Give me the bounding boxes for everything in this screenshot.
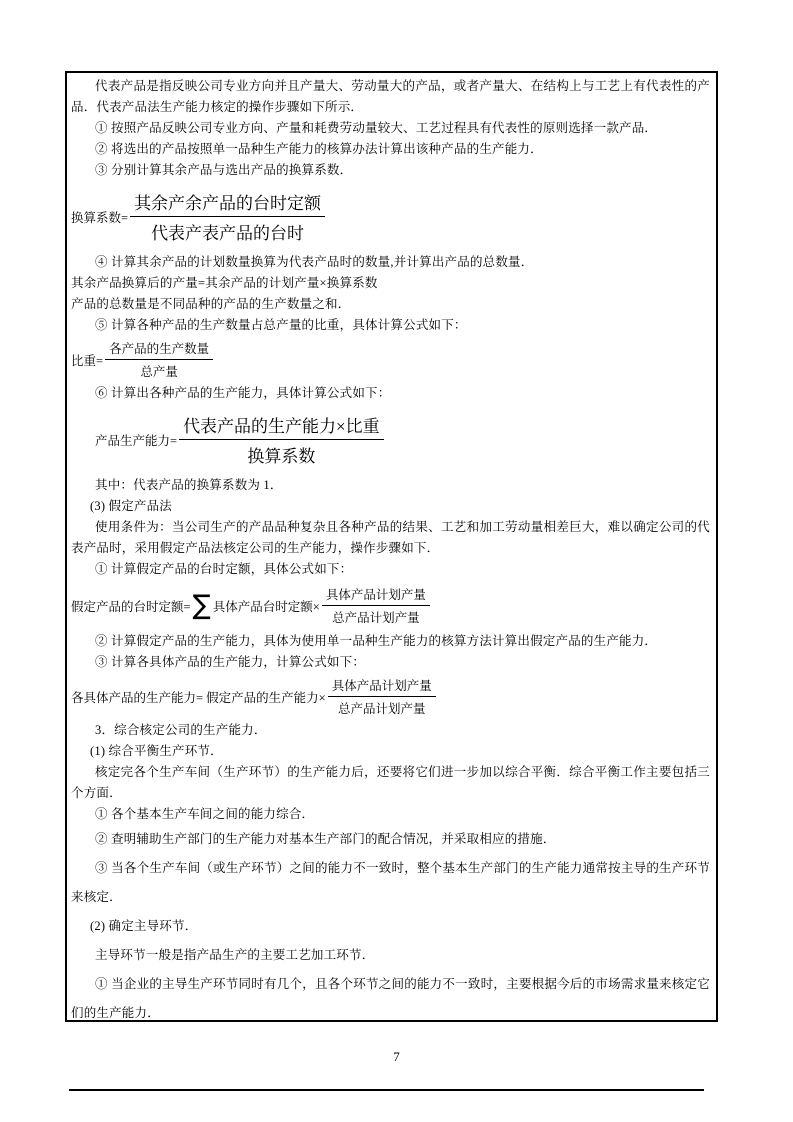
fraction: 各产品的生产数量总产量	[105, 339, 213, 380]
paragraph: ⑥ 计算出各种产品的生产能力，具体计算公式如下：	[71, 383, 710, 404]
paragraph: ① 当企业的主导生产环节同时有几个，且各个环节之间的能力不一致时，主要根据今后的…	[71, 970, 710, 1022]
paragraph: ③ 分别计算其余产品与选出产品的换算系数．	[71, 160, 710, 181]
paragraph: 核定完各个生产车间（生产环节）的生产能力后，还要将它们进一步加以综合平衡．综合平…	[71, 762, 710, 804]
paragraph: ② 计算假定产品的生产能力，具体为使用单一品种生产能力的核算方法计算出假定产品的…	[71, 631, 710, 652]
page-content: 代表产品是指反映公司专业方向并且产量大、劳动量大的产品，或者产量大、在结构上与工…	[71, 76, 710, 1022]
paragraph: 使用条件为：当公司生产的产品品种复杂且各种产品的结果、工艺和加工劳动量相差巨大，…	[71, 517, 710, 559]
paragraph: 其余产品换算后的产量=其余产品的计划产量×换算系数	[71, 273, 710, 294]
formula: 比重=各产品的生产数量总产量	[71, 339, 710, 380]
fraction-numerator: 各产品的生产数量	[105, 339, 213, 360]
formula-mid-text: 具体产品台时定额×	[213, 597, 320, 615]
fraction-denominator: 换算系数	[179, 440, 384, 467]
paragraph: ③ 计算各具体产品的生产能力，计算公式如下：	[71, 652, 710, 673]
formula-label: 产品生产能力=	[95, 431, 177, 449]
footer-rule	[69, 1089, 704, 1091]
paragraph: 3．综合核定公司的生产能力．	[71, 720, 710, 741]
paragraph: ⑤ 计算各种产品的生产数量占总产量的比重，具体计算公式如下：	[71, 315, 710, 336]
formula-label: 假定产品的台时定额=	[71, 597, 191, 615]
fraction-denominator: 总产量	[105, 360, 213, 380]
fraction-numerator: 其余产余产品的台时定额	[130, 189, 325, 217]
page-border: 代表产品是指反映公司专业方向并且产量大、劳动量大的产品，或者产量大、在结构上与工…	[65, 71, 718, 1022]
paragraph: ① 各个基本生产车间之间的能力综合．	[71, 804, 710, 825]
formula: 各具体产品的生产能力= 假定产品的生产能力×具体产品计划产量总产品计划产量	[71, 676, 710, 717]
formula-label: 各具体产品的生产能力= 假定产品的生产能力×	[71, 688, 326, 706]
formula: 产品生产能力=代表产品的生产能力×比重换算系数	[95, 412, 710, 467]
paragraph: 产品的总数量是不同品种的产品的生产数量之和．	[71, 294, 710, 315]
paragraph: 主导环节一般是指产品生产的主要工艺加工环节．	[71, 941, 710, 970]
fraction-denominator: 总产品计划产量	[322, 606, 430, 626]
fraction: 具体产品计划产量总产品计划产量	[328, 676, 436, 717]
fraction: 代表产品的生产能力×比重换算系数	[179, 412, 384, 467]
fraction-numerator: 代表产品的生产能力×比重	[179, 412, 384, 440]
paragraph: ① 按照产品反映公司专业方向、产量和耗费劳动量较大、工艺过程具有代表性的原则选择…	[71, 118, 710, 139]
sigma-symbol: ∑	[193, 592, 211, 619]
paragraph: ④ 计算其余产品的计划数量换算为代表产品时的数量,并计算出产品的总数量．	[71, 252, 710, 273]
paragraph: ② 查明辅助生产部门的生产能力对基本生产部门的配合情况，并采取相应的措施．	[71, 825, 710, 854]
fraction: 其余产余产品的台时定额代表产表产品的台时	[130, 189, 325, 244]
formula-label: 换算系数=	[71, 208, 128, 226]
paragraph: 代表产品是指反映公司专业方向并且产量大、劳动量大的产品，或者产量大、在结构上与工…	[71, 76, 710, 118]
paragraph: (3) 假定产品法	[71, 496, 710, 517]
paragraph: (2) 确定主导环节．	[71, 912, 710, 941]
fraction-numerator: 具体产品计划产量	[328, 676, 436, 697]
fraction-denominator: 代表产表产品的台时	[130, 217, 325, 244]
page-number: 7	[0, 1049, 793, 1065]
fraction-denominator: 总产品计划产量	[328, 697, 436, 717]
paragraph: (1) 综合平衡生产环节．	[71, 741, 710, 762]
formula: 换算系数=其余产余产品的台时定额代表产表产品的台时	[71, 189, 710, 244]
paragraph: ① 计算假定产品的台时定额，具体公式如下：	[71, 559, 710, 580]
formula-label: 比重=	[71, 351, 103, 369]
formula: 假定产品的台时定额=∑具体产品台时定额×具体产品计划产量总产品计划产量	[71, 585, 710, 626]
paragraph: 其中：代表产品的换算系数为 1．	[71, 475, 710, 496]
paragraph: ② 将选出的产品按照单一品种生产能力的核算办法计算出该种产品的生产能力．	[71, 139, 710, 160]
paragraph: ③ 当各个生产车间（或生产环节）之间的能力不一致时，整个基本生产部门的生产能力通…	[71, 854, 710, 912]
fraction-numerator: 具体产品计划产量	[322, 585, 430, 606]
fraction: 具体产品计划产量总产品计划产量	[322, 585, 430, 626]
